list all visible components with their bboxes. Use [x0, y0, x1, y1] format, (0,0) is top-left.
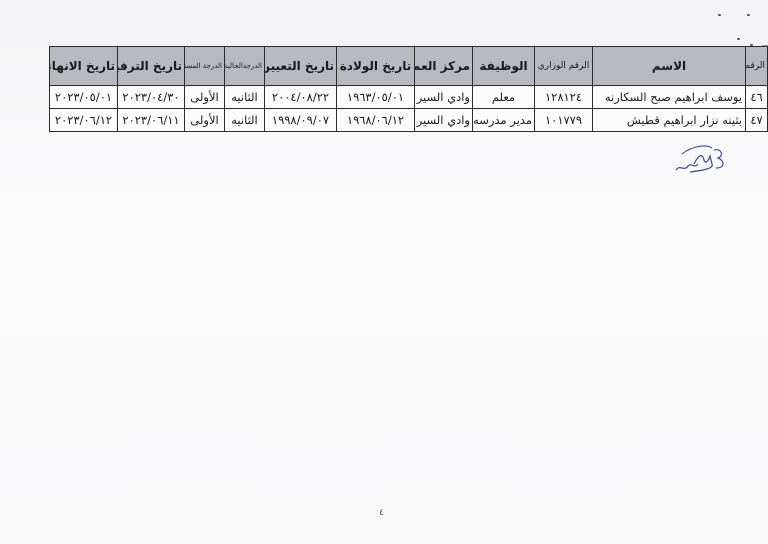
staff-promotion-table: الرقم الاسم الرقم الوزاري الوظيفة مركز ا… [49, 46, 768, 132]
cell-promotion-date: ٢٠٢٣/٠٦/١١ [118, 109, 185, 132]
cell-current-grade: الثانيه [225, 86, 265, 109]
col-header-appointment-date: تاريخ التعيين [265, 47, 337, 86]
cell-birth-date: ١٩٦٣/٠٥/٠١ [337, 86, 415, 109]
cell-job: مدير مدرسه [473, 109, 535, 132]
col-header-current-grade: الدرجةالحالية [225, 47, 265, 86]
cell-birth-date: ١٩٦٨/٠٦/١٢ [337, 109, 415, 132]
col-header-end-date: تاريخ الانهاء [50, 47, 118, 86]
cell-ministry-id: ١٠١٧٧٩ [535, 109, 593, 132]
cell-current-grade: الثانيه [225, 109, 265, 132]
page-number: ٤ [379, 508, 384, 518]
cell-due-grade: الأولى [185, 109, 225, 132]
col-header-ministry-id: الرقم الوزاري [535, 47, 593, 86]
cell-appointment-date: ٢٠٠٤/٠٨/٢٢ [265, 86, 337, 109]
cell-promotion-date: ٢٠٢٣/٠٤/٣٠ [118, 86, 185, 109]
cell-due-grade: الأولى [185, 86, 225, 109]
cell-ministry-id: ١٢٨١٢٤ [535, 86, 593, 109]
cell-work-center: وادي السير [415, 109, 473, 132]
table-row: ٤٧ بثينه نزار ابراهيم قطيش ١٠١٧٧٩ مدير م… [50, 109, 768, 132]
table-row: ٤٦ يوسف ابراهيم صبح السكارنه ١٢٨١٢٤ معلم… [50, 86, 768, 109]
cell-number: ٤٧ [746, 109, 768, 132]
col-header-birth-date: تاريخ الولادة [337, 47, 415, 86]
col-header-due-grade: الدرجة المستحقة [185, 47, 225, 86]
cell-number: ٤٦ [746, 86, 768, 109]
col-header-name: الاسم [593, 47, 746, 86]
cell-end-date: ٢٠٢٣/٠٦/١٢ [50, 109, 118, 132]
table-header-row: الرقم الاسم الرقم الوزاري الوظيفة مركز ا… [50, 47, 768, 86]
cell-job: معلم [473, 86, 535, 109]
scanned-page: الرقم الاسم الرقم الوزاري الوظيفة مركز ا… [0, 0, 768, 544]
cell-appointment-date: ١٩٩٨/٠٩/٠٧ [265, 109, 337, 132]
col-header-promotion-date: تاريخ الترفيع [118, 47, 185, 86]
col-header-number: الرقم [746, 47, 768, 86]
col-header-job: الوظيفة [473, 47, 535, 86]
scan-speck [737, 38, 740, 40]
cell-end-date: ٢٠٢٣/٠٥/٠١ [50, 86, 118, 109]
cell-name: بثينه نزار ابراهيم قطيش [593, 109, 746, 132]
scan-speck [747, 14, 750, 16]
cell-name: يوسف ابراهيم صبح السكارنه [593, 86, 746, 109]
signature-icon [672, 142, 728, 176]
scan-speck [718, 14, 721, 16]
cell-work-center: وادي السير [415, 86, 473, 109]
col-header-work-center: مركز العمل [415, 47, 473, 86]
